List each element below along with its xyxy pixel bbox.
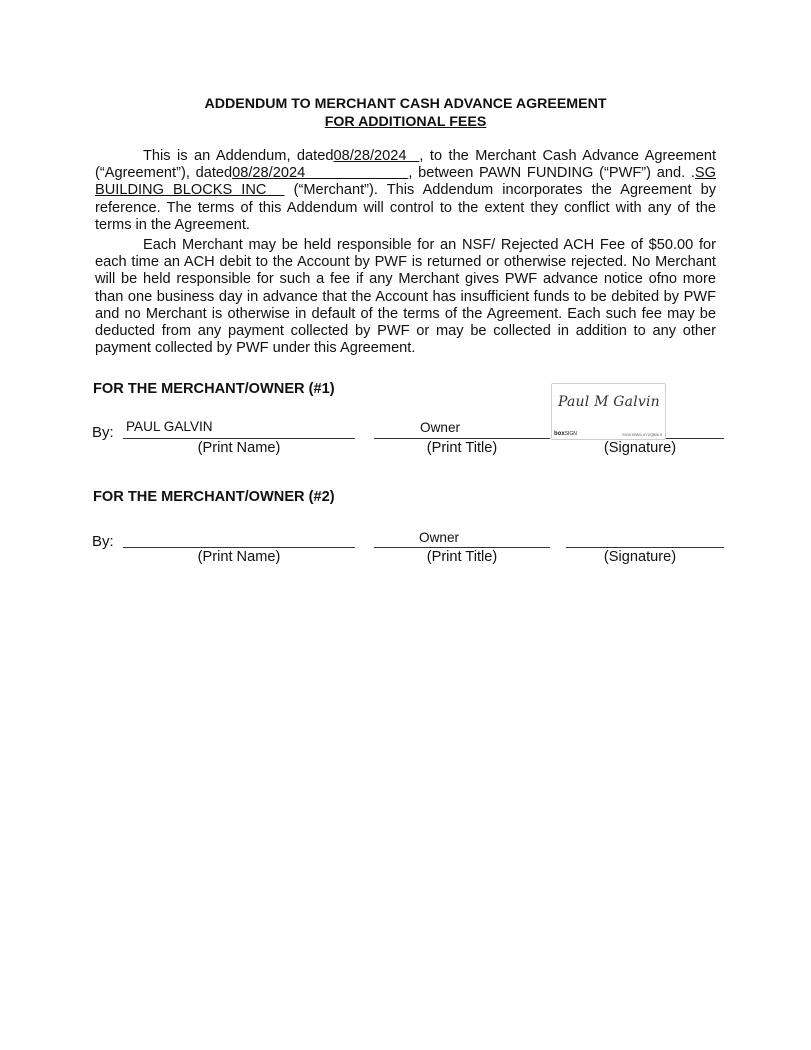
signer-1-name-line — [123, 438, 355, 439]
signer-1-caption-signature: (Signature) — [566, 440, 714, 456]
signer-1-by-label: By: — [92, 424, 114, 441]
signer-2-caption-title: (Print Title) — [374, 549, 550, 565]
signature-box: Paul M Galvin boxSIGN SVW78W9-4Y2Q85L3 — [551, 383, 666, 440]
document-subtitle: FOR ADDITIONAL FEES — [0, 114, 811, 130]
signer-2-signature-line — [566, 547, 724, 548]
signer-2-name-line — [123, 547, 355, 548]
signer-2-by-label: By: — [92, 533, 114, 550]
document-page: ADDENDUM TO MERCHANT CASH ADVANCE AGREEM… — [0, 0, 811, 1050]
signer-1-caption-name: (Print Name) — [123, 440, 355, 456]
document-title: ADDENDUM TO MERCHANT CASH ADVANCE AGREEM… — [0, 96, 811, 112]
signer-1-title-line — [374, 438, 550, 439]
paragraph-intro: This is an Addendum, dated08/28/2024 , t… — [95, 148, 716, 234]
agreement-date: 08/28/2024 — [232, 165, 305, 181]
paragraph-nsf-fee: Each Merchant may be held responsible fo… — [95, 237, 716, 357]
signature-image: Paul M Galvin — [558, 394, 660, 410]
signer-2-heading: FOR THE MERCHANT/OWNER (#2) — [93, 489, 335, 505]
box-sign-logo: boxSIGN — [554, 431, 577, 437]
signer-1-print-name: PAUL GALVIN — [126, 419, 213, 434]
addendum-date: 08/28/2024 — [333, 148, 406, 164]
signer-1-print-title: Owner — [420, 420, 460, 435]
signer-1-caption-title: (Print Title) — [374, 440, 550, 456]
signer-2-caption-name: (Print Name) — [123, 549, 355, 565]
signer-2-print-title: Owner — [419, 530, 459, 545]
signer-1-heading: FOR THE MERCHANT/OWNER (#1) — [93, 381, 335, 397]
signer-2-caption-signature: (Signature) — [566, 549, 714, 565]
signature-id: SVW78W9-4Y2Q85L3 — [622, 432, 662, 437]
signer-2-title-line — [374, 547, 550, 548]
